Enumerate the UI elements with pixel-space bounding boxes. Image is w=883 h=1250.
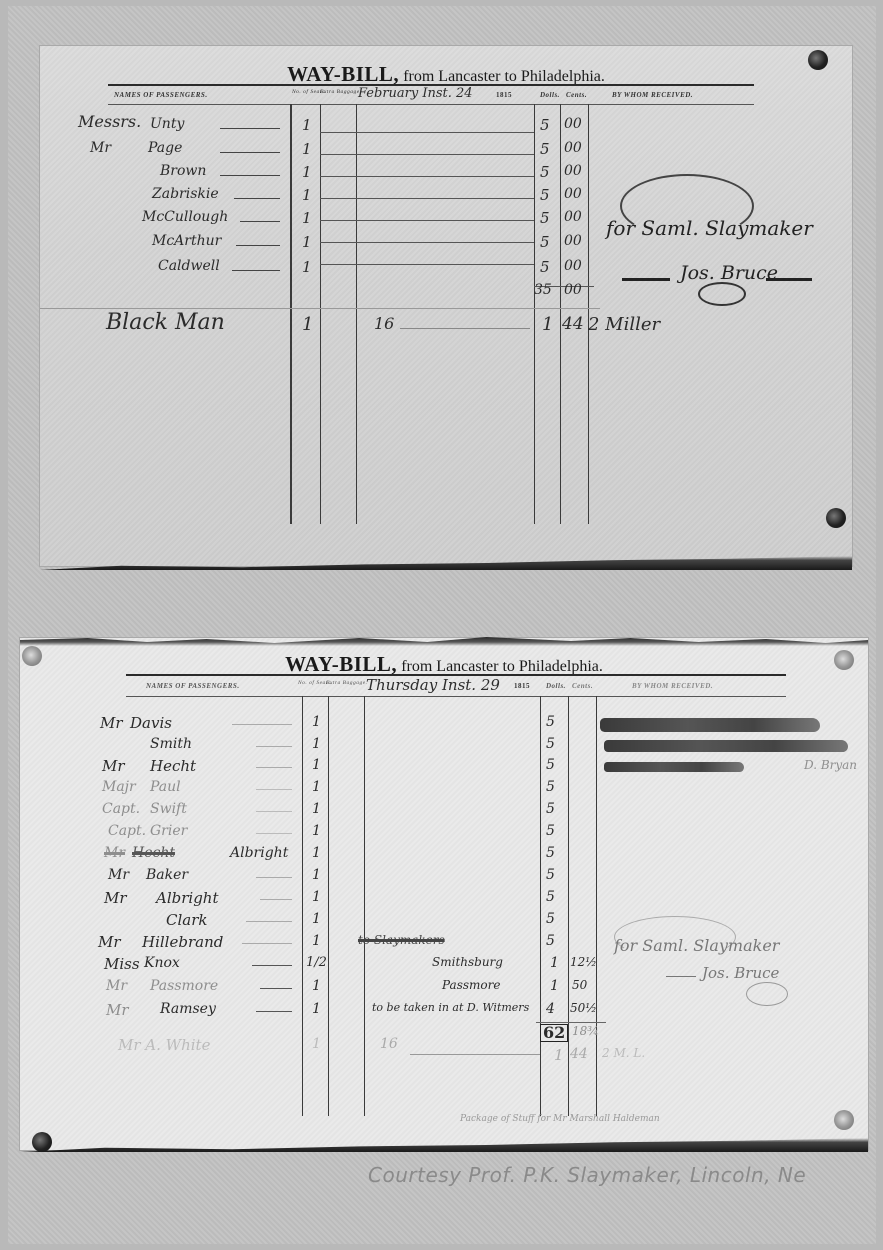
- seat-count: 1: [312, 889, 321, 905]
- passenger-name: Caldwell: [158, 258, 220, 274]
- passenger-name: Black Man: [106, 310, 225, 335]
- dollars: 5: [546, 801, 555, 817]
- seat-count: 1: [312, 845, 321, 861]
- seat-count: 1: [302, 233, 312, 251]
- passenger-name: Knox: [144, 955, 180, 971]
- thumbtack-icon: [834, 1110, 854, 1130]
- cents: 44: [562, 314, 584, 334]
- dollars: 5: [546, 867, 555, 883]
- cents: 00: [564, 163, 582, 179]
- passenger-name: Smith: [150, 736, 192, 752]
- seat-count: 1: [312, 978, 321, 994]
- passenger-row: Capt. Grier 1 5: [20, 823, 620, 845]
- dash: [622, 278, 670, 281]
- dash: [236, 245, 280, 246]
- receiver-note: 2 M. L.: [602, 1046, 645, 1060]
- seat-count: 1: [312, 1036, 321, 1052]
- dollars: 5: [540, 140, 550, 158]
- passenger-row: Mr Passmore 1 Passmore 1 50: [20, 978, 620, 1000]
- passenger-row: Majr Paul 1 5: [20, 779, 620, 801]
- passenger-row: Mr Hecht 1 5: [20, 757, 620, 779]
- seat-count: 1: [312, 736, 321, 752]
- torn-edge: [20, 636, 868, 646]
- dollars: 5: [546, 779, 555, 795]
- passenger-row: McCullough 1 5 00: [40, 209, 640, 231]
- dash: [220, 128, 280, 129]
- passenger-name: Ramsey: [160, 1001, 216, 1017]
- col-header-cents: Cents.: [566, 91, 587, 99]
- dash: [256, 746, 292, 747]
- seat-count: 1: [312, 714, 321, 730]
- passenger-name: Davis: [130, 714, 172, 732]
- dollars: 5: [540, 209, 550, 227]
- passenger-prefix: Capt.: [102, 801, 140, 817]
- signature-line-1: for Saml. Slaymaker: [606, 216, 813, 240]
- passenger-name-struck: Hecht: [132, 845, 175, 861]
- dash: [220, 152, 280, 153]
- photo-credit-caption: Courtesy Prof. P.K. Slaymaker, Lincoln, …: [368, 1163, 806, 1187]
- passenger-row: Mr Albright 1 5: [20, 889, 620, 911]
- col-header-received: BY WHOM RECEIVED.: [632, 682, 713, 690]
- dash: [260, 899, 292, 900]
- passenger-row: Mr Page 1 5 00: [40, 140, 640, 162]
- dash: [240, 221, 280, 222]
- passenger-prefix: Messrs.: [78, 112, 141, 131]
- col-header-names: NAMES OF PASSENGERS.: [146, 682, 240, 690]
- seat-count: 1: [302, 140, 312, 158]
- passenger-prefix: Miss: [104, 955, 140, 973]
- signature-line-1: for Saml. Slaymaker: [614, 936, 779, 955]
- waybill-sheet-2: WAY-BILL, from Lancaster to Philadelphia…: [20, 638, 868, 1150]
- dollars: 1: [550, 978, 559, 994]
- col-header-received: BY WHOM RECEIVED.: [612, 91, 693, 99]
- col-header-cents: Cents.: [572, 682, 593, 690]
- dash: [256, 833, 292, 834]
- year: 1815: [496, 91, 512, 99]
- cents: 44: [570, 1046, 588, 1062]
- thumbtack-icon: [32, 1132, 52, 1152]
- dollars: 5: [546, 736, 555, 752]
- passenger-prefix: Mr: [104, 845, 125, 861]
- passenger-row: Zabriskie 1 5 00: [40, 186, 640, 208]
- passenger-prefix: Mr: [102, 757, 125, 775]
- passenger-row: Mr Davis 1 5: [20, 714, 620, 736]
- dollars: 5: [546, 823, 555, 839]
- dash: [256, 789, 292, 790]
- passenger-name: Grier: [150, 823, 187, 839]
- col-header-baggage: Extra Baggage.: [326, 680, 356, 686]
- passenger-prefix: Mr: [108, 867, 129, 883]
- dash: [220, 175, 280, 176]
- passenger-row: Miss Knox 1/2 Smithsburg 1 12½: [20, 955, 620, 977]
- passenger-name: Brown: [160, 163, 206, 179]
- seat-count: 1: [302, 186, 312, 204]
- passenger-prefix: Mr: [106, 1001, 129, 1019]
- seat-count: 1: [302, 209, 312, 227]
- dollars: 5: [540, 186, 550, 204]
- dollars: 5: [546, 889, 555, 905]
- seat-count: 1: [312, 823, 321, 839]
- seat-count: 1: [312, 1001, 321, 1017]
- cents: 00: [564, 140, 582, 156]
- baggage-note-struck: to Slaymakers: [358, 933, 445, 947]
- seat-count: 1: [312, 933, 321, 949]
- passenger-prefix: Majr: [102, 779, 136, 795]
- dash: [256, 767, 292, 768]
- date-entry: February Inst. 24: [358, 86, 473, 101]
- header-underline: [108, 104, 754, 105]
- passenger-row: Smith 1 5: [20, 736, 620, 758]
- dollars: 5: [540, 163, 550, 181]
- passenger-row: Mr Baker 1 5: [20, 867, 620, 889]
- passenger-prefix: Mr: [100, 714, 123, 732]
- cents: 00: [564, 233, 582, 249]
- receiver-note: 2 Miller: [588, 314, 660, 335]
- seat-count: 1: [302, 314, 313, 335]
- col-header-seats: No. of Seats.: [298, 680, 324, 686]
- header-underline: [126, 696, 786, 697]
- passenger-name: Albright: [156, 889, 219, 907]
- col-header-dolls: Dolls.: [546, 682, 566, 690]
- passenger-row: Clark 1 5: [20, 911, 620, 933]
- cents: 50: [572, 978, 587, 992]
- passenger-name: Clark: [166, 911, 207, 929]
- passenger-name: Baker: [146, 867, 188, 883]
- dash: [232, 270, 280, 271]
- torn-edge: [20, 1138, 868, 1152]
- baggage-weight: 16: [374, 314, 394, 333]
- footer-note: Package of Stuff for Mr Marshall Haldema…: [460, 1114, 660, 1124]
- dash: [400, 328, 530, 329]
- seat-count: 1: [312, 801, 321, 817]
- passenger-prefix: Capt.: [108, 823, 146, 839]
- seat-count: 1: [312, 867, 321, 883]
- dash: [256, 811, 292, 812]
- cents: 00: [564, 116, 582, 132]
- dollars: 5: [546, 714, 555, 730]
- dash: [256, 877, 292, 878]
- dash: [252, 965, 292, 966]
- dollars: 5: [546, 845, 555, 861]
- flourish: [746, 982, 788, 1006]
- col-header-names: NAMES OF PASSENGERS.: [114, 91, 208, 99]
- dollars: 1: [554, 1046, 564, 1064]
- year: 1815: [514, 682, 530, 690]
- dash: [410, 1054, 540, 1055]
- passenger-row: Caldwell 1 5 00: [40, 258, 640, 280]
- col-header-seats: No. of Seats.: [292, 89, 318, 95]
- ink-blot: [604, 740, 848, 752]
- row-rule: [40, 308, 600, 309]
- torn-edge: [40, 556, 852, 570]
- seat-count: 1: [312, 779, 321, 795]
- dollars: 1: [542, 314, 553, 335]
- dollars: 5: [546, 757, 555, 773]
- subtotal-cents: 00: [564, 282, 582, 298]
- destination-note: Smithsburg: [432, 955, 503, 969]
- signature-line-2: Jos. Bruce: [680, 262, 778, 284]
- passenger-row: Brown 1 5 00: [40, 163, 640, 185]
- passenger-name: Passmore: [150, 978, 218, 994]
- passenger-prefix: Mr: [90, 140, 111, 156]
- destination-note: Passmore: [442, 978, 500, 992]
- passenger-row: Capt. Swift 1 5: [20, 801, 620, 823]
- thumbtack-icon: [826, 508, 846, 528]
- waybill-sheet-1: WAY-BILL, from Lancaster to Philadelphia…: [40, 46, 852, 566]
- passenger-name: Page: [148, 140, 182, 156]
- seat-count: 1/2: [306, 955, 327, 970]
- passenger-row: Mr Hecht Albright 1 5: [20, 845, 620, 867]
- dollars: 4: [546, 1001, 555, 1017]
- dollars: 5: [540, 116, 550, 134]
- ink-blot: [604, 762, 744, 772]
- passenger-name: Hecht: [150, 757, 196, 775]
- dollars: 5: [540, 233, 550, 251]
- passenger-name: Hillebrand: [142, 933, 223, 951]
- cents: 00: [564, 258, 582, 274]
- dash: [232, 724, 292, 725]
- passenger-name: Unty: [150, 116, 184, 132]
- passenger-row: Mr Hillebrand 1 to Slaymakers 5: [20, 933, 620, 955]
- dash: [246, 921, 292, 922]
- col-header-baggage: Extra Baggage.: [320, 89, 350, 95]
- cents: 00: [564, 186, 582, 202]
- dash: [234, 198, 280, 199]
- extra-row: Black Man 1 16 1 44 2 Miller: [40, 314, 740, 336]
- dollars: 5: [540, 258, 550, 276]
- seat-count: 1: [312, 911, 321, 927]
- dollars: 5: [546, 911, 555, 927]
- faint-row: Mr A. White 1 16 1 44 2 M. L.: [20, 1036, 720, 1058]
- cents: 00: [564, 209, 582, 225]
- passenger-row: Mr Ramsey 1 to be taken in at D. Witmers…: [20, 1001, 620, 1023]
- receiver-initials: D. Bryan: [804, 758, 857, 772]
- passenger-prefix: Mr: [106, 978, 127, 994]
- seat-count: 1: [302, 163, 312, 181]
- passenger-row: McArthur 1 5 00: [40, 233, 640, 255]
- dash: [766, 278, 812, 281]
- passenger-name: Paul: [150, 779, 181, 795]
- subtotal-row: 35 00: [40, 282, 640, 304]
- passenger-name: Zabriskie: [152, 186, 219, 202]
- signature-line-2: Jos. Bruce: [702, 964, 779, 982]
- seat-count: 1: [302, 258, 312, 276]
- passenger-name: McArthur: [152, 233, 221, 249]
- dash: [260, 988, 292, 989]
- dollars: 1: [550, 955, 559, 971]
- subtotal-dollars: 35: [534, 282, 552, 298]
- passenger-name: Swift: [150, 801, 187, 817]
- col-header-dolls: Dolls.: [540, 91, 560, 99]
- baggage-weight: 16: [380, 1036, 398, 1052]
- passenger-prefix: Mr: [98, 933, 121, 951]
- ink-blot: [600, 718, 820, 732]
- dash: [666, 976, 696, 977]
- cents: 50½: [570, 1001, 597, 1015]
- seat-count: 1: [312, 757, 321, 773]
- dash: [242, 943, 292, 944]
- passenger-row: Messrs. Unty 1 5 00: [40, 116, 640, 138]
- cents: 12½: [570, 955, 597, 969]
- passenger-name: Mr A. White: [118, 1036, 210, 1054]
- passenger-prefix: Mr: [104, 889, 127, 907]
- flourish: [698, 282, 746, 306]
- dash: [256, 1011, 292, 1012]
- passenger-name: McCullough: [142, 209, 228, 225]
- replacement-name: Albright: [230, 845, 288, 861]
- date-entry: Thursday Inst. 29: [366, 676, 500, 694]
- destination-note: to be taken in at D. Witmers: [372, 1001, 529, 1014]
- seat-count: 1: [302, 116, 312, 134]
- dollars: 5: [546, 933, 555, 949]
